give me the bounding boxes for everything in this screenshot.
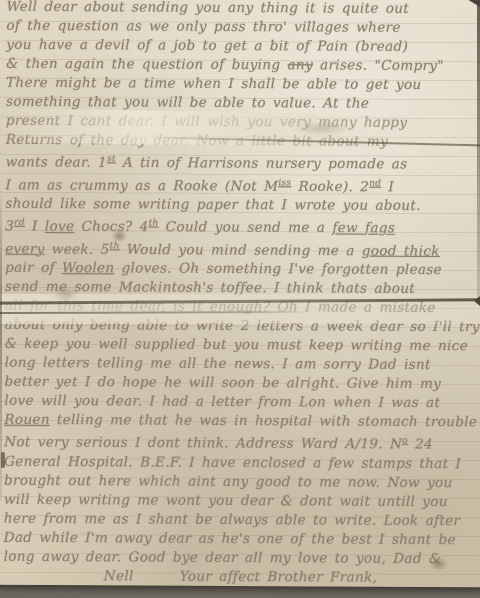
letter-line: Dad while I'm away dear as he's one of t… <box>4 528 478 549</box>
letter-line: you have a devil of a job to get a bit o… <box>6 36 480 57</box>
letter-line: will keep writing me wont you dear & don… <box>4 490 478 511</box>
letter-line: better yet I do hope he will soon be alr… <box>4 373 478 394</box>
letter-line: long letters telling me all the news. I … <box>5 354 479 375</box>
letter-line: Not very serious I dont think. Address W… <box>4 430 478 455</box>
letter-line: of the question as we only pass thro' vi… <box>6 17 480 38</box>
letter-line: & keep you well supplied but you must ke… <box>5 335 479 356</box>
letter-line: brought out here which aint any good to … <box>4 471 478 492</box>
letter-paper: Well dear about sending you any thing it… <box>0 0 480 587</box>
letter-line: wants dear. 1st A tin of Harrisons nurse… <box>6 150 480 175</box>
letter-line: something that you will be able to value… <box>6 93 480 114</box>
edge-speck <box>1 452 5 468</box>
letter-line: all for this time dear, is it enough? Oh… <box>5 297 479 318</box>
letter-line: NellYour affect Brother Frank, <box>3 566 477 587</box>
letter-line: 3rd I love Chocs? 4th Could you send me … <box>5 214 479 239</box>
letter-line: long away dear. Good bye dear all my lov… <box>4 547 478 568</box>
letter-line: should like some writing paper that I wr… <box>5 195 479 216</box>
letter-line: here from me as I shant be always able t… <box>4 509 478 530</box>
letter-line: There might be a time when I shall be ab… <box>6 74 480 95</box>
letter-line: General Hospital. B.E.F. I have enclosed… <box>4 452 478 473</box>
letter-line: send me some Mackintosh's toffee. I thin… <box>5 278 479 299</box>
letter-line: & then again the question of buying any … <box>6 55 480 76</box>
letter-line: present I cant dear. I will wish you ver… <box>6 112 480 133</box>
letter-lines: Well dear about sending you any thing it… <box>3 0 480 588</box>
letter-line: about only being able to write 2 letters… <box>5 316 479 337</box>
letter-line: Returns of the day dear. Now a little bi… <box>6 131 480 152</box>
letter-line: Rouen telling me that he was in hospital… <box>4 411 478 432</box>
letter-line: pair of Woolen gloves. Oh something I've… <box>5 259 479 280</box>
letter-line: love will you dear. I had a letter from … <box>4 392 478 413</box>
letter-line: every week. 5th Would you mind sending m… <box>5 236 479 261</box>
letter-line: I am as crummy as a Rooke (Not Miss Rook… <box>5 172 479 197</box>
photo-frame: Well dear about sending you any thing it… <box>0 0 480 598</box>
